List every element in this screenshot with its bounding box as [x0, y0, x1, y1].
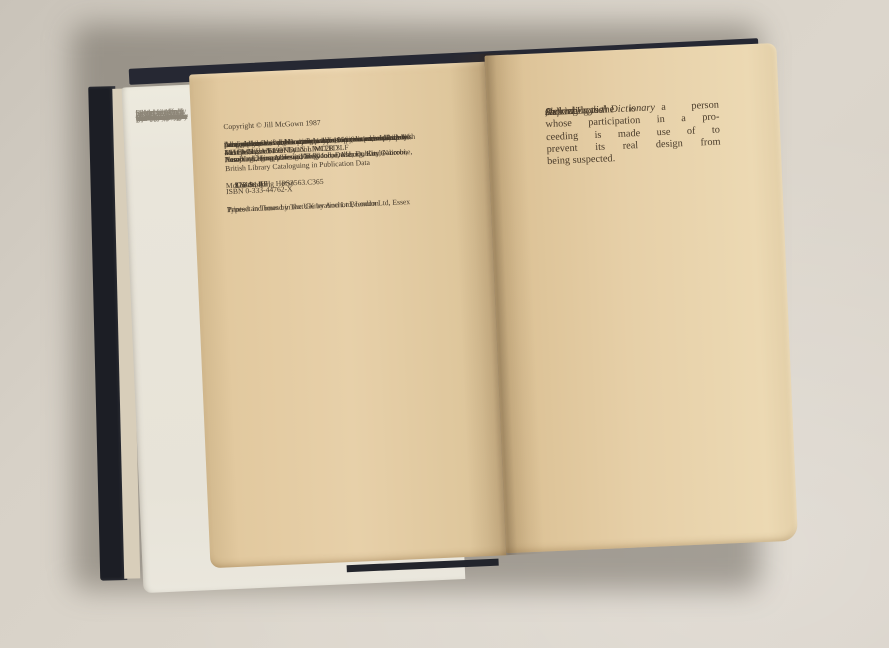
copyright-page: Copyright © Jill McGown 1987 All rights …: [189, 62, 506, 568]
photo-of-open-book: Sixteen yearsjailed for life fpeople: Al…: [0, 0, 889, 648]
epigraph-text: According to the Shorter Oxford English …: [545, 100, 722, 169]
epigraph-page: According to the Shorter Oxford English …: [484, 43, 797, 553]
open-book: Sixteen yearsjailed for life fpeople: Al…: [76, 33, 799, 608]
copyright-page-text: Copyright © Jill McGown 1987 All rights …: [223, 113, 466, 203]
epigraph-line-regular: , a: [545, 107, 555, 120]
text-line: satisfying mys: [136, 112, 187, 124]
